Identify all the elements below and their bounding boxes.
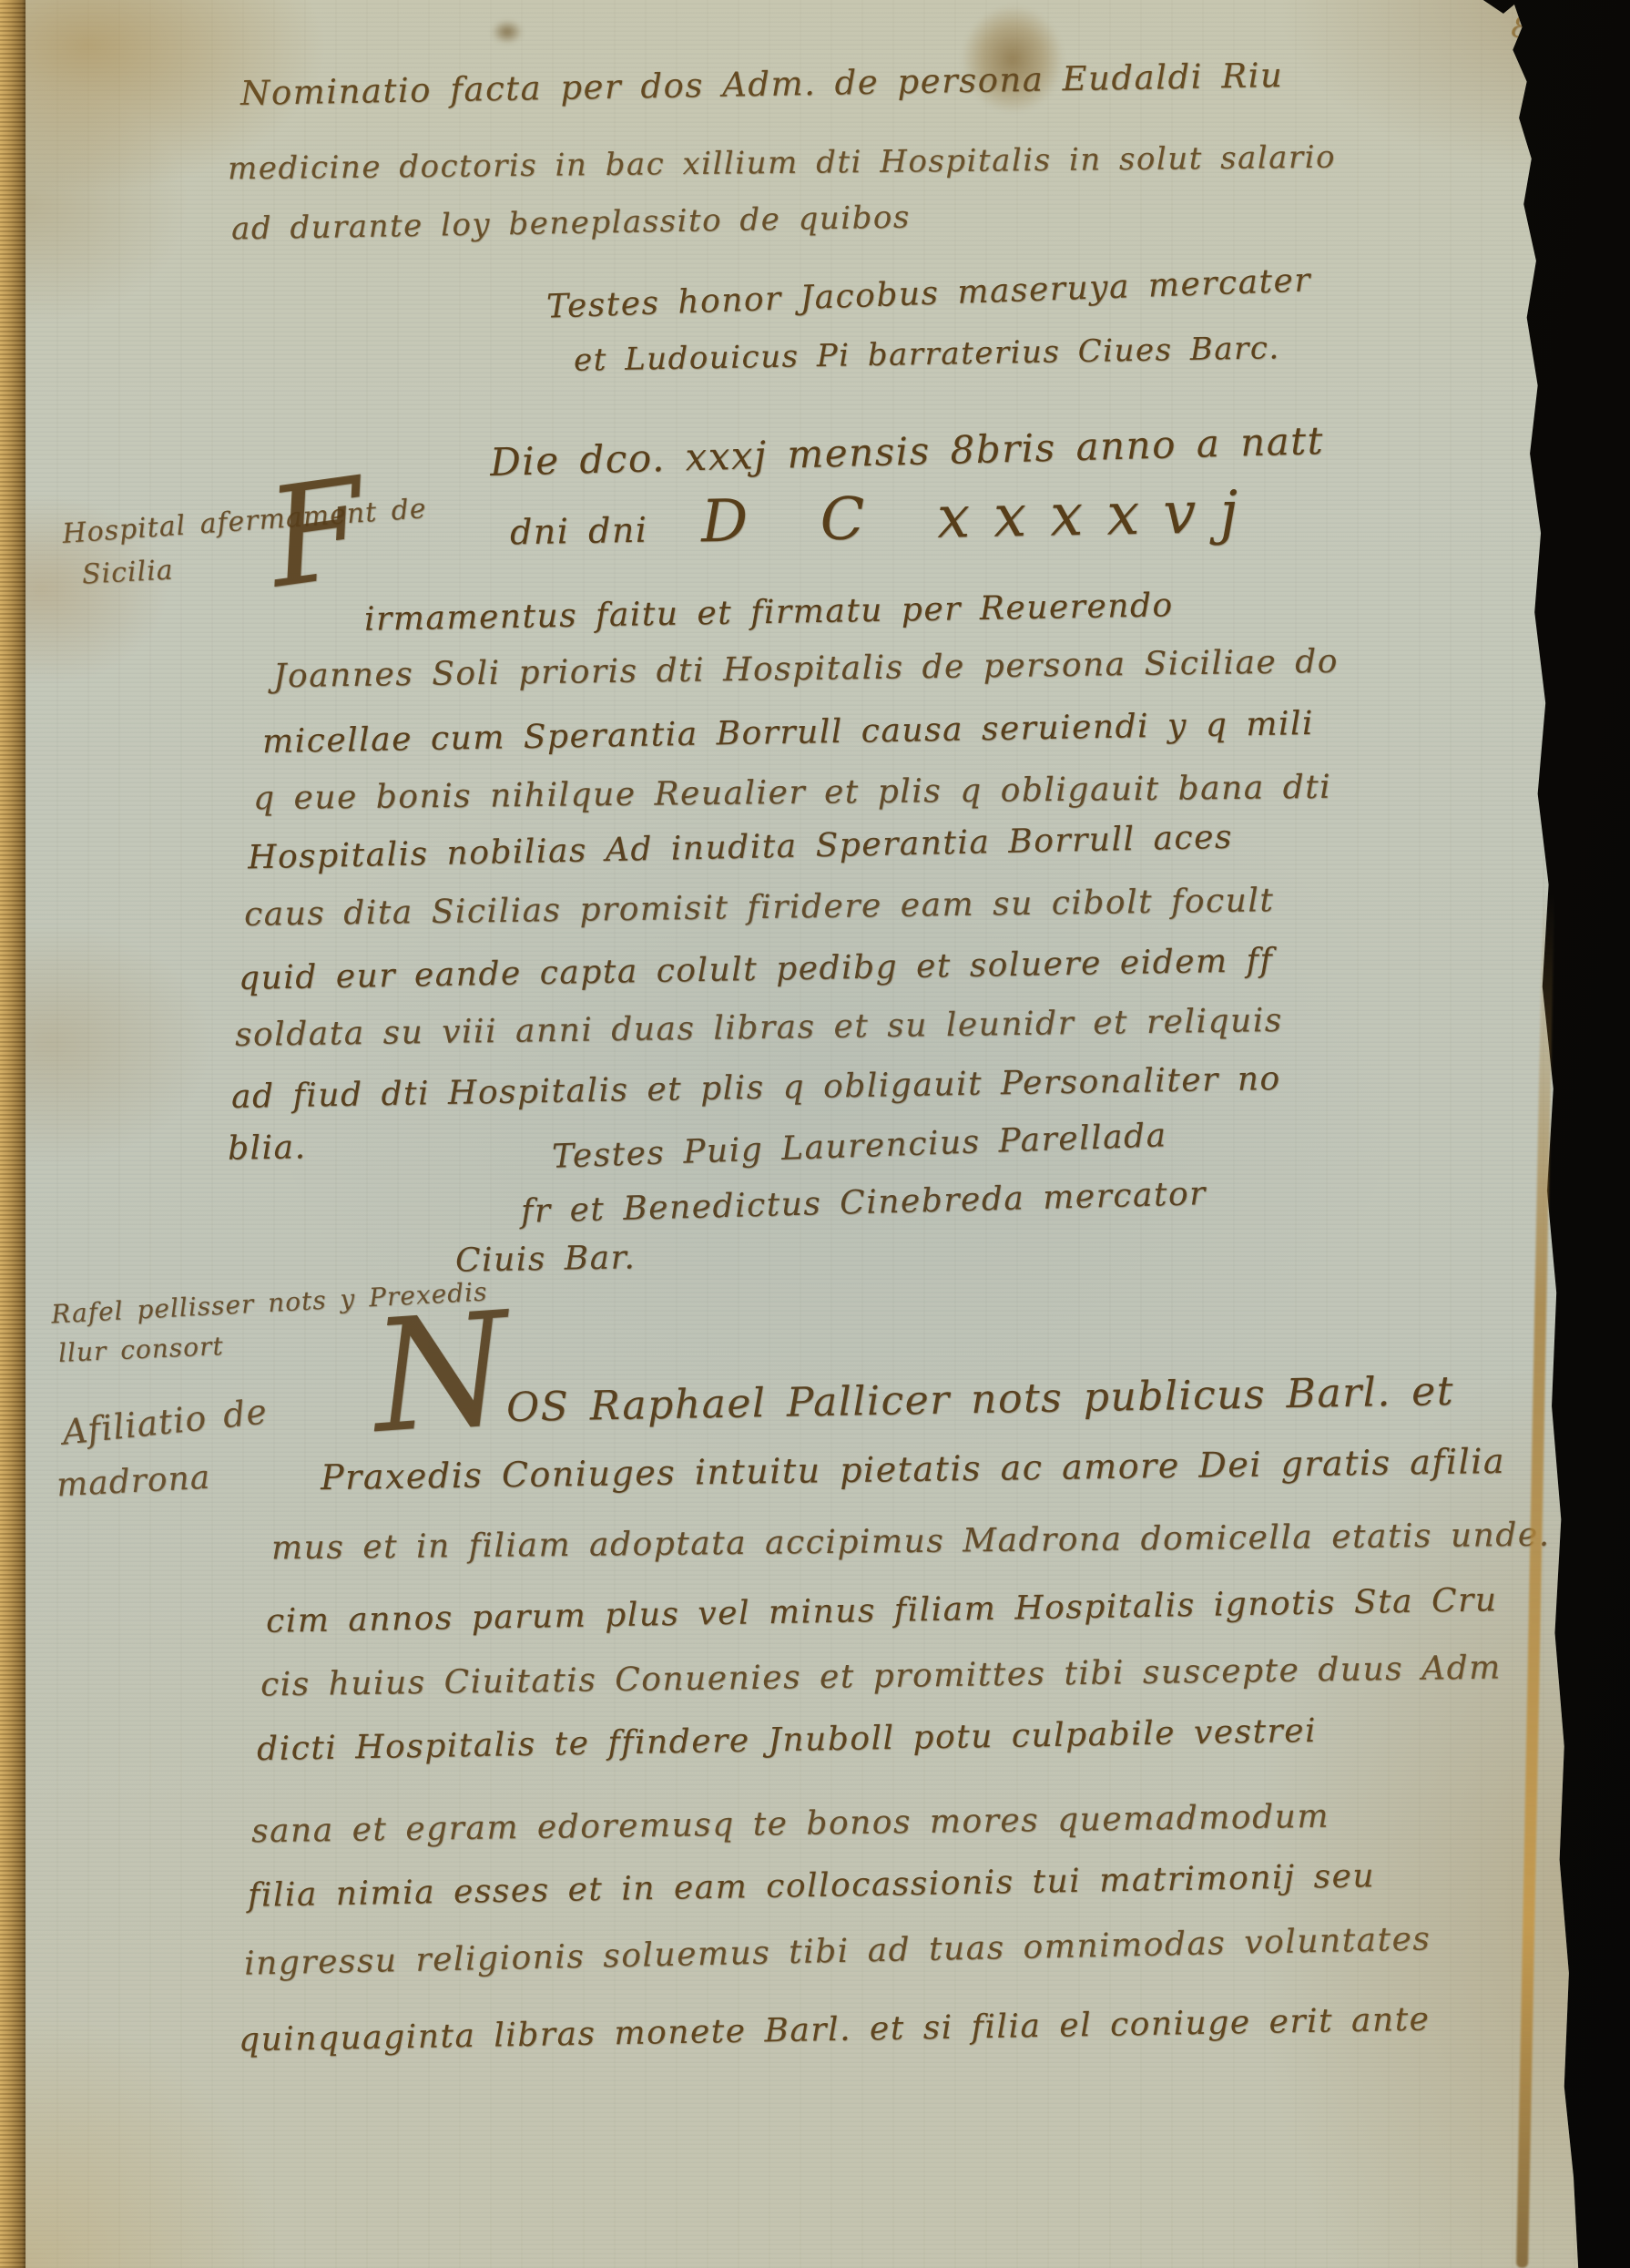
manuscript-line: OS Raphael Pallicer nots publicus Barl. … [506, 1369, 1455, 1432]
manuscript-line: Testes Puig Laurencius Parellada [551, 1117, 1167, 1176]
manuscript-line: fr et Benedictus Cinebreda mercator [521, 1175, 1207, 1231]
manuscript-page: 8 Nominatio facta per dos Adm. de person… [25, 0, 1584, 2268]
initial-letter-f: F [263, 476, 372, 591]
manuscript-line: blia. [228, 1129, 307, 1168]
manuscript-line: sana et egram edoremusq te bonos mores q… [251, 1798, 1329, 1851]
manuscript-line: Hospitalis nobilias Ad inudita Sperantia… [248, 819, 1234, 877]
manuscript-line: ingressu religionis soluemus tibi ad tua… [244, 1920, 1431, 1983]
margin-note-hospital-2: Sicilia [81, 555, 174, 591]
manuscript-line: Joannes Soli prioris dti Hospitalis de p… [273, 643, 1339, 696]
manuscript-line: Testes honor Jacobus maseruya mercater [546, 261, 1312, 326]
initial-letter-n: N [370, 1312, 514, 1437]
manuscript-line: et Ludouicus Pi barraterius Ciues Barc. [574, 331, 1280, 379]
book-background: 8 Nominatio facta per dos Adm. de person… [0, 0, 1630, 2268]
manuscript-line: Ciuis Bar. [455, 1239, 637, 1280]
margin-note-afiliatio: Afiliatio de [60, 1392, 269, 1453]
manuscript-line: filia nimia esses et in eam collocassion… [248, 1857, 1376, 1915]
manuscript-line: cim annos parum plus vel minus filiam Ho… [266, 1581, 1498, 1640]
manuscript-line: irmamentus faitu et firmatu per Reuerend… [364, 587, 1174, 639]
margin-note-hospital: Hospital afermament de [61, 494, 427, 550]
manuscript-line: mus et in filiam adoptata accipimus Madr… [271, 1517, 1551, 1568]
book-fore-edge [0, 0, 27, 2268]
manuscript-line: quinquaginta libras monete Barl. et si f… [239, 2001, 1431, 2059]
manuscript-line: medicine doctoris in bac xillium dti Hos… [228, 140, 1336, 188]
manuscript-line: Nominatio facta per dos Adm. de persona … [240, 56, 1284, 114]
manuscript-line: q eue bonis nihilque Reualier et plis q … [253, 769, 1332, 818]
dateline: Die dco. xxxj mensis 8bris anno a natt [490, 419, 1325, 485]
manuscript-line: quid eur eande capta colult pedibg et so… [239, 942, 1274, 997]
manuscript-line: cis huius Ciuitatis Conuenies et promitt… [260, 1649, 1502, 1703]
ink-blot [962, 5, 1064, 113]
manuscript-line: dicti Hospitalis te ffindere Jnuboll pot… [257, 1712, 1318, 1769]
margin-note-afiliatio-2: madrona [56, 1459, 211, 1505]
page-number: 8 [1510, 10, 1534, 46]
manuscript-line: Praxedis Coniuges intuitu pietatis ac am… [321, 1442, 1506, 1498]
manuscript-line: ad durante loy beneplassito de quibos [231, 199, 911, 247]
margin-note-rafel: Rafel pellisser nots y Prexedis [50, 1277, 488, 1329]
ink-mark [492, 20, 523, 44]
manuscript-line: soldata su viii anni duas libras et su l… [235, 1002, 1283, 1054]
manuscript-line: ad fiud dti Hospitalis et plis q obligau… [231, 1060, 1281, 1117]
margin-note-rafel-2: llur consort [57, 1332, 224, 1368]
manuscript-line: caus dita Sicilias promisit firidere eam… [244, 882, 1275, 934]
manuscript-line: micellae cum Sperantia Borrull causa ser… [262, 705, 1315, 761]
dateline-2: dni dni [510, 511, 648, 553]
dateline-year: D C xxxxvj [700, 480, 1262, 557]
